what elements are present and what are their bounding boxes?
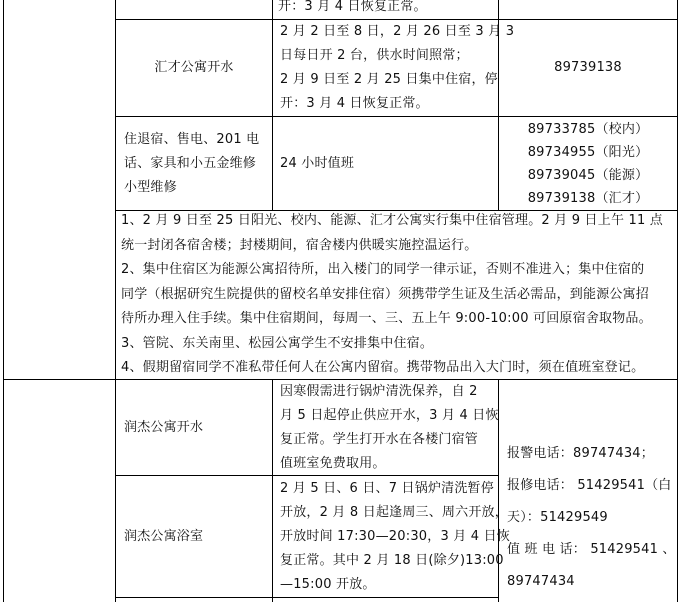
schedule-line: 日每日开 2 台，供水时间照常； — [280, 44, 498, 68]
phone-line: 值 班 电 话： 51429541 、 — [507, 534, 677, 566]
schedule-line: —15:00 开放。 — [280, 573, 498, 597]
schedule-line: 2 月 9 日至 2 月 25 日集中住宿，停 — [280, 68, 498, 92]
note-line: 待所办理入住手续。集中住宿期间，每周一、三、五上午 9:00-10:00 可回原… — [121, 307, 677, 332]
phone-line: 天）：51429549 — [507, 502, 677, 534]
phone-number: 89733785（校内） — [528, 118, 649, 141]
note-line: 2、集中住宿区为能源公寓招待所，出入楼门的同学一律示证，否则不准进入；集中住宿的 — [121, 258, 677, 283]
note-line: 1、2 月 9 日至 25 日阳光、校内、能源、汇才公寓实行集中住宿管理。2 月… — [121, 209, 677, 234]
item-label-line: 小型维修 — [124, 176, 272, 200]
schedule-line: 复正常。学生打开水在各楼门宿管 — [280, 428, 498, 452]
phone-number: 89739138（汇才） — [528, 187, 649, 210]
phone-line: 报警电话：89747434； — [507, 438, 677, 470]
item-cell-maintenance: 住退宿、售电、201 电 话、家具和小五金维修 小型维修 — [124, 117, 272, 210]
note-line: 统一封闭各宿舍楼；封楼期间，宿舍楼内供暖实施控温运行。 — [121, 234, 677, 259]
phone-cell-runjie: 报警电话：89747434； 报修电话： 51429541（白 天）：51429… — [507, 438, 677, 602]
item-cell-huicai-water: 汇才公寓开水 — [116, 20, 272, 116]
table-border-col2-top — [272, 0, 273, 210]
schedule-line: 开：3 月 4 日恢复正常。 — [278, 0, 496, 19]
schedule-line: 2 月 2 日至 8 日，2 月 26 日至 3 月 3 — [280, 20, 498, 44]
schedule-cell-runjie-bath: 2 月 5 日、6 日、7 日锅炉清洗暂停 开放，2 月 8 日起逢周三、周六开… — [280, 476, 498, 597]
note-line: 3、管院、东关南里、松园公寓学生不安排集中住宿。 — [121, 332, 677, 357]
table-border-right — [677, 0, 678, 602]
table-border-col2-bottom — [272, 379, 273, 602]
phone-line: 报修电话： 51429541（白 — [507, 470, 677, 502]
schedule-line: 因寒假需进行锅炉清洗保养，自 2 — [280, 380, 498, 404]
schedule-line: 值班室免费取用。 — [280, 452, 498, 476]
item-label-line: 话、家具和小五金维修 — [124, 152, 272, 176]
phone-number: 89734955（阳光） — [528, 141, 649, 164]
phone-cell-maintenance: 89733785（校内） 89734955（阳光） 89739045（能源） 8… — [499, 117, 677, 210]
schedule-cell-huicai-water: 2 月 2 日至 8 日，2 月 26 日至 3 月 3 日每日开 2 台，供水… — [280, 20, 498, 116]
phone-number: 89739045（能源） — [528, 164, 649, 187]
schedule-line: 开放时间 17:30—20:30，3 月 4 日恢 — [280, 525, 498, 549]
phone-cell-huicai-water: 89739138 — [499, 20, 677, 116]
item-label: 润杰公寓开水 — [124, 416, 272, 440]
table-border-left — [3, 0, 4, 602]
schedule-line: 复正常。其中 2 月 18 日(除夕)13:00 — [280, 549, 498, 573]
schedule-line: 24 小时值班 — [280, 152, 498, 176]
row-divider — [115, 597, 499, 598]
schedule-line: 2 月 5 日、6 日、7 日锅炉清洗暂停 — [280, 477, 498, 501]
schedule-cell-maintenance: 24 小时值班 — [280, 117, 498, 210]
schedule-line: 月 5 日起停止供应开水，3 月 4 日恢 — [280, 404, 498, 428]
phone-number: 89739138 — [554, 56, 622, 80]
item-cell-runjie-bath: 润杰公寓浴室 — [124, 476, 272, 597]
item-label-line: 住退宿、售电、201 电 — [124, 128, 272, 152]
schedule-cell-continued: 开：3 月 4 日恢复正常。 — [278, 0, 496, 19]
item-cell-runjie-water: 润杰公寓开水 — [124, 380, 272, 475]
item-label: 汇才公寓开水 — [154, 56, 233, 80]
note-line: 同学（根据研究生院提供的留校名单安排住宿）须携带学生证及生活必需品，到能源公寓招 — [121, 283, 677, 308]
schedule-line: 开放，2 月 8 日起逢周三、周六开放， — [280, 501, 498, 525]
item-label: 润杰公寓浴室 — [124, 525, 272, 549]
phone-line: 89747434 — [507, 566, 677, 598]
notes-cell: 1、2 月 9 日至 25 日阳光、校内、能源、汇才公寓实行集中住宿管理。2 月… — [121, 211, 677, 379]
schedule-line: 开：3 月 4 日恢复正常。 — [280, 92, 498, 116]
note-line: 4、假期留宿同学不准私带任何人在公寓内留宿。携带物品出入大门时，须在值班室登记。 — [121, 356, 677, 381]
schedule-cell-runjie-water: 因寒假需进行锅炉清洗保养，自 2 月 5 日起停止供应开水，3 月 4 日恢 复… — [280, 380, 498, 475]
